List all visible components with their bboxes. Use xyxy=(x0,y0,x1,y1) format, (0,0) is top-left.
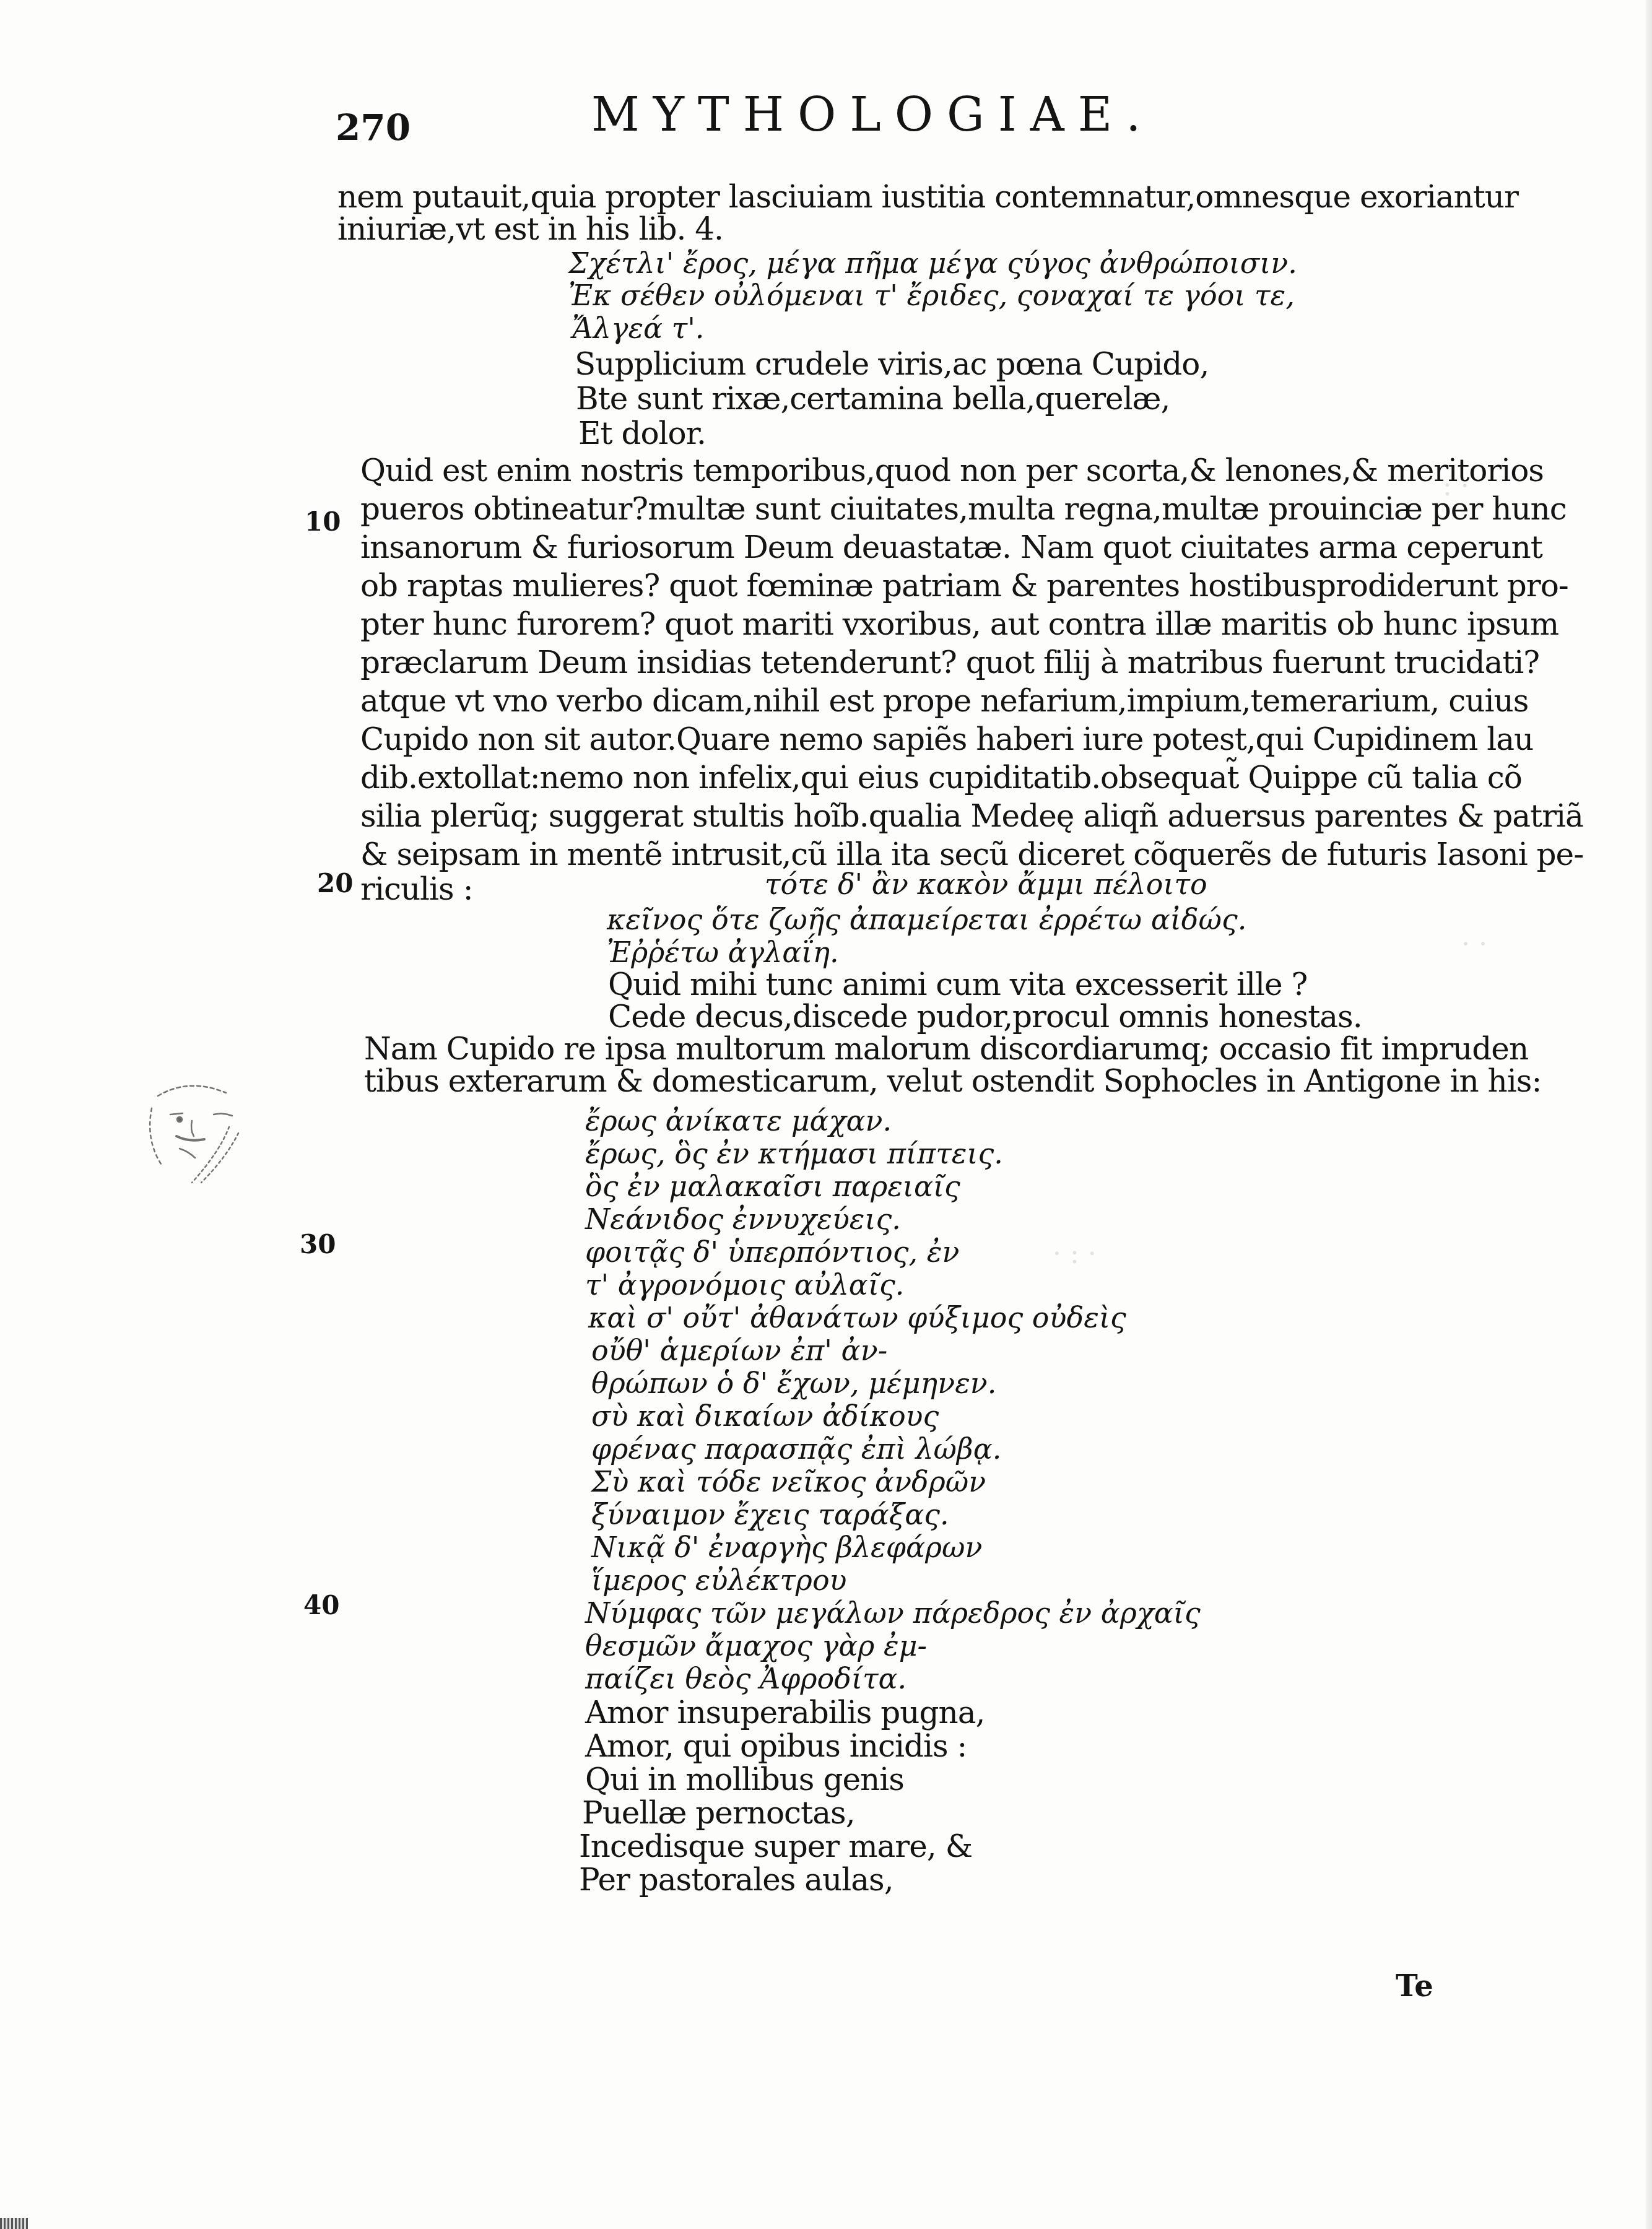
greek-verse-line: θεσμῶν ἄμαχος γὰρ ἐμ- xyxy=(585,1627,927,1664)
greek-verse-line: τ' ἀγρονόμοις αὐλαῖς. xyxy=(585,1266,904,1303)
greek-verse-line: ξύναιμον ἔχεις ταράξας. xyxy=(591,1496,949,1533)
body-line: Quid est enim nostris temporibus,quod no… xyxy=(360,452,1544,489)
latin-verse-line: Cede decus,discede pudor,procul omnis ho… xyxy=(608,998,1362,1035)
greek-verse-line: Ἄλγεά τ'. xyxy=(572,310,705,347)
body-line: præclarum Deum insidias tetenderunt? quo… xyxy=(360,644,1539,681)
latin-verse-line: Quid mihi tunc animi cum vita excesserit… xyxy=(608,966,1307,1003)
body-line: ob raptas mulieres? quot fœminæ patriam … xyxy=(360,567,1568,604)
catchword: Te xyxy=(1396,1969,1433,2004)
greek-verse-line: ἵμερος εὐλέκτρου xyxy=(591,1562,847,1599)
greek-verse-line: Ἐκ σέθεν οὐλόμεναι τ' ἔριδες, ςοναχαί τε… xyxy=(568,277,1295,314)
margin-line-number: 10 xyxy=(305,506,341,537)
body-line: iniuriæ,vt est in his lib. 4. xyxy=(337,211,723,248)
scan-edge-artifact xyxy=(0,2218,28,2229)
margin-line-number: 30 xyxy=(300,1229,336,1259)
greek-verse-line: Νεάνιδος ἐννυχεύεις. xyxy=(585,1201,901,1238)
greek-verse-line: Σχέτλι' ἔρος, μέγα πῆμα μέγα ςύγος ἀνθρώ… xyxy=(568,245,1297,282)
latin-verse-line: Incedisque super mare, & xyxy=(579,1828,972,1865)
greek-verse-line: καὶ σ' οὔτ' ἀθανάτων φύξιμος οὐδεὶς xyxy=(588,1299,1126,1336)
greek-verse-line: ὃς ἐν μαλακαῖσι παρειαῖς xyxy=(585,1168,960,1205)
page-edge-shadow xyxy=(1646,0,1652,2229)
margin-line-number: 40 xyxy=(303,1590,339,1620)
greek-verse-line: Ἐῤῥέτω ἀγλαΐη. xyxy=(607,934,839,971)
page-number: 270 xyxy=(336,106,411,149)
greek-verse-line: οὔθ' ἁμερίων ἐπ' ἀν- xyxy=(591,1332,887,1369)
body-line: atque vt vno verbo dicam,nihil est prope… xyxy=(360,682,1528,719)
running-title: MYTHOLOGIAE. xyxy=(591,87,1154,142)
show-through-text: · : · xyxy=(1053,1238,1097,1270)
latin-verse-line: Supplicium crudele viris,ac pœna Cupido, xyxy=(575,345,1209,383)
greek-verse-line: φοιτᾷς δ' ὑπερπόντιος, ἐν xyxy=(585,1233,959,1271)
latin-verse-line: Qui in mollibus genis xyxy=(585,1761,904,1798)
body-line: dib.extollat:nemo non infelix,qui eius c… xyxy=(360,759,1522,796)
margin-line-number: 20 xyxy=(317,868,353,898)
greek-verse-line: τότε δ' ἂν κακὸν ἄμμι πέλοιτο xyxy=(765,866,1207,903)
greek-verse-line: σὺ καὶ δικαίων ἀδίκους xyxy=(591,1397,939,1435)
greek-verse-line: παίζει θεὸς Ἀφροδίτα. xyxy=(585,1660,906,1697)
latin-verse-line: Amor insuperabilis pugna, xyxy=(585,1694,985,1731)
body-line: pueros obtineatur?multæ sunt ciuitates,m… xyxy=(360,490,1567,528)
greek-verse-line: Σὺ καὶ τόδε νεῖκος ἀνδρῶν xyxy=(591,1463,986,1500)
body-line: tibus exterarum & domesticarum, velut os… xyxy=(364,1062,1541,1100)
greek-verse-line: ἔρως ἀνίκατε μάχαν. xyxy=(585,1102,892,1139)
body-line: Nam Cupido re ipsa multorum malorum disc… xyxy=(364,1030,1528,1067)
latin-verse-line: Et dolor. xyxy=(578,415,706,452)
body-line: Cupido non sit autor.Quare nemo sapiẽs h… xyxy=(360,721,1533,758)
body-line: nem putauit,quia propter lasciuiam iusti… xyxy=(337,178,1518,215)
latin-verse-line: Bte sunt rixæ,certamina bella,querelæ, xyxy=(576,380,1170,417)
latin-verse-line: Puellæ pernoctas, xyxy=(582,1794,855,1831)
greek-verse-line: θρώπων ὁ δ' ἔχων, μέμηνεν. xyxy=(591,1365,996,1402)
body-line: riculis : xyxy=(360,871,472,908)
latin-verse-line: Per pastorales aulas, xyxy=(579,1861,893,1898)
body-line: silia plerũq; suggerat stultis hoĩb.qual… xyxy=(360,797,1583,835)
show-through-text: · · xyxy=(1461,929,1487,960)
greek-verse-line: φρένας παρασπᾷς ἐπὶ λώβᾳ. xyxy=(591,1430,1001,1467)
latin-verse-line: Amor, qui opibus incidis : xyxy=(585,1727,967,1765)
marginal-face-sketch-icon xyxy=(133,1065,257,1189)
body-line: pter hunc furorem? quot mariti vxoribus,… xyxy=(360,606,1559,643)
book-page: : · · · · : · 270 MYTHOLOGIAE. 10 20 30 … xyxy=(0,0,1652,2229)
greek-verse-line: Νικᾷ δ' ἐναργὴς βλεφάρων xyxy=(591,1529,983,1566)
body-line: insanorum & furiosorum Deum deuastatæ. N… xyxy=(360,529,1542,566)
greek-verse-line: κεῖνος ὅτε ζωῆς ἀπαμείρεται ἐρρέτω αἰδώς… xyxy=(607,901,1246,938)
greek-verse-line: Νύμφας τῶν μεγάλων πάρεδρος ἐν ἀρχαῖς xyxy=(585,1594,1201,1632)
greek-verse-line: ἔρως, ὃς ἐν κτήμασι πίπτεις. xyxy=(585,1135,1003,1172)
